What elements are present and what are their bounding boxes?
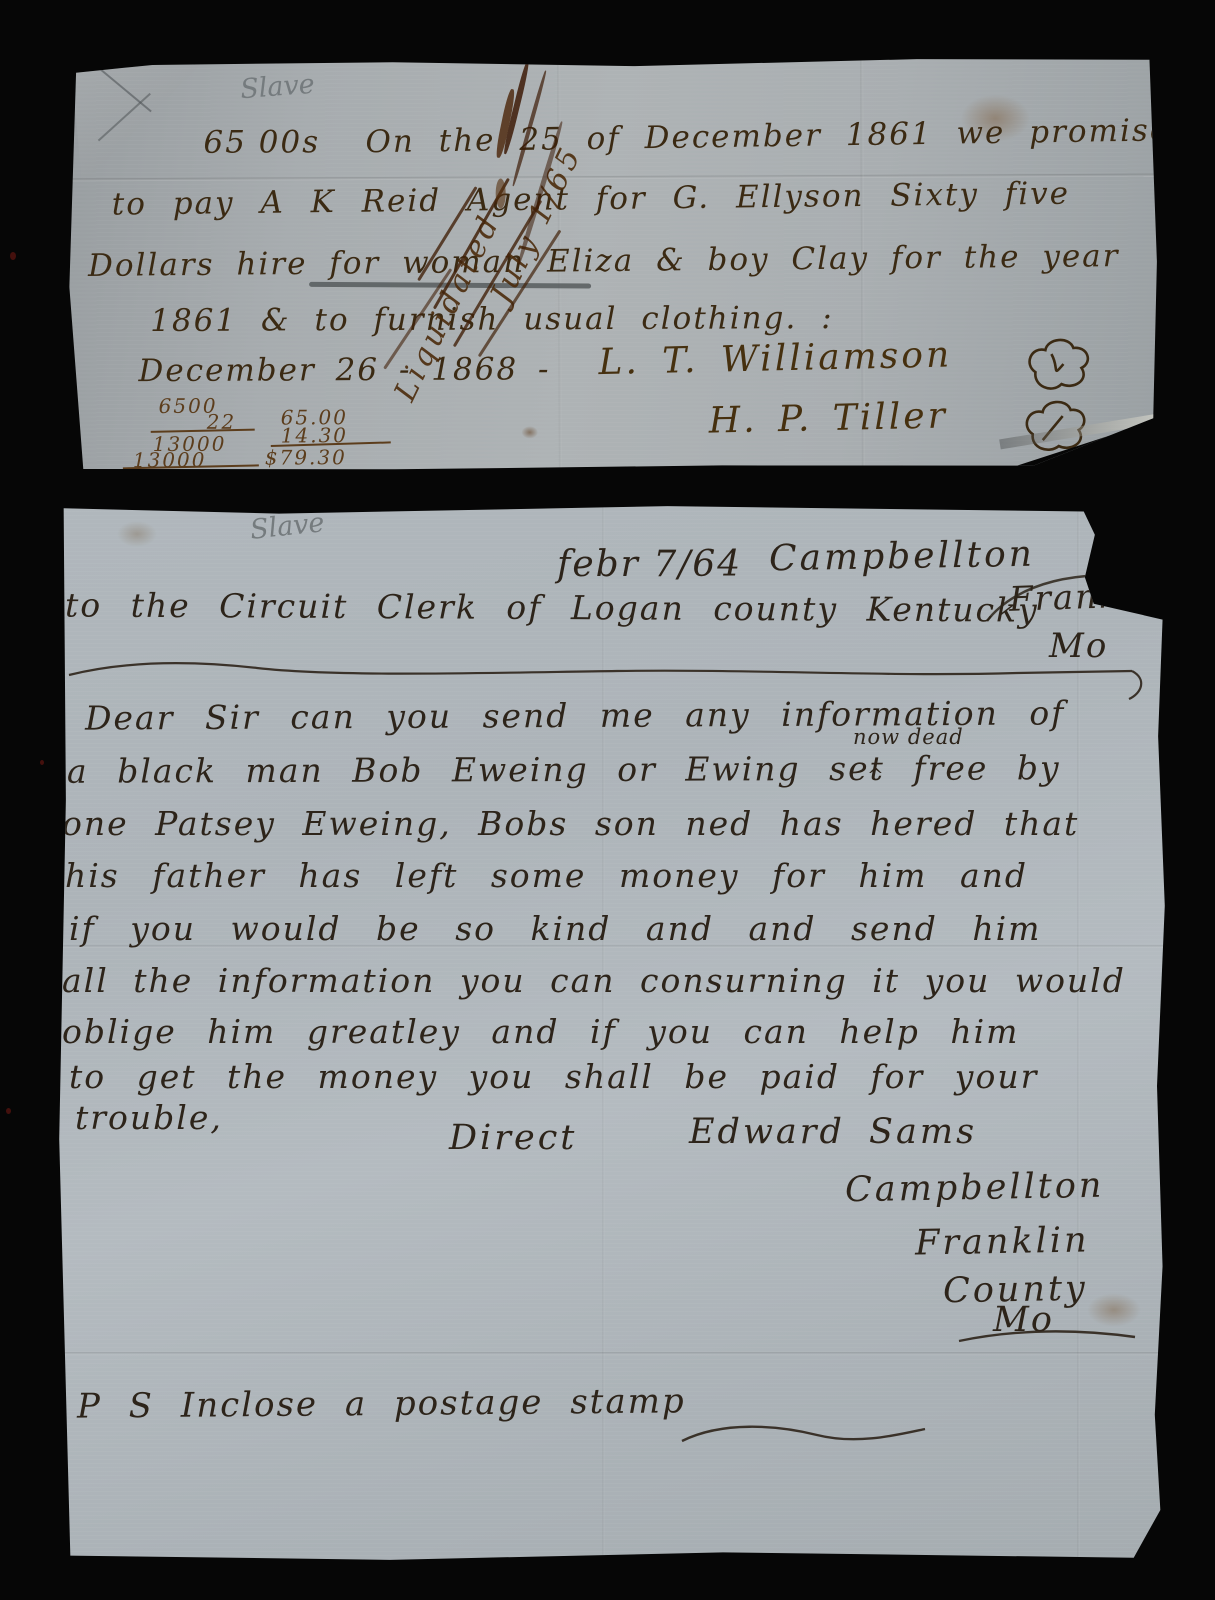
note-amount: 65 00s [203,127,320,159]
letter-body-line: trouble, [75,1101,223,1134]
letter-body-line: if you would be so kind and and send him [69,912,1041,945]
backdrop-speck [40,760,44,765]
letter-body-line: Dear Sir can you send me any information… [85,696,1066,734]
backdrop-speck [10,252,16,260]
signature-tiller: H. P. Tiller [708,398,948,439]
closing-address-line: Franklin [915,1223,1090,1261]
postscript-line: P S Inclose a postage stamp [77,1384,686,1423]
closing-signature: Edward Sams [689,1115,977,1150]
letter-body-line: one Patsey Eweing, Bobs son ned has here… [62,807,1079,840]
seal-scrawl-icon [1021,334,1096,394]
paper-fold-shadow [1009,420,1159,469]
letter-body-line: to get the money you shall be paid for y… [69,1060,1038,1093]
closing-address-line: Mo [993,1303,1054,1338]
note-line: On the 25 of December 1861 we promise [365,115,1159,158]
letter-body-line: oblige him greatley and if you can help … [62,1015,1019,1048]
closing-direct: Direct [449,1121,577,1156]
backdrop-speck [6,1108,11,1114]
photo-background: Slave 65 00s On the 25 of December 1861 … [0,0,1215,1600]
promissory-note-document: Slave 65 00s On the 25 of December 1861 … [65,56,1159,473]
signature-williamson: L. T. Williamson [598,337,952,381]
letter-body-line: a black man Bob Eweing or Ewing set free… [67,751,1061,787]
math-figure: 143000 [135,469,223,473]
math-figure: $79.30 [265,447,347,467]
letter-body-line: his father has left some money for him a… [65,859,1028,892]
letter-body-line: all the information you can consurning i… [62,964,1126,997]
pencil-annotation: Slave [239,71,315,103]
letter-document: Slave febr 7/64 Campbellton to the Circu… [57,503,1167,1563]
ink-smear [496,178,506,208]
paper-fold-corner [71,64,202,185]
closing-address-line: Campbellton [845,1169,1105,1209]
